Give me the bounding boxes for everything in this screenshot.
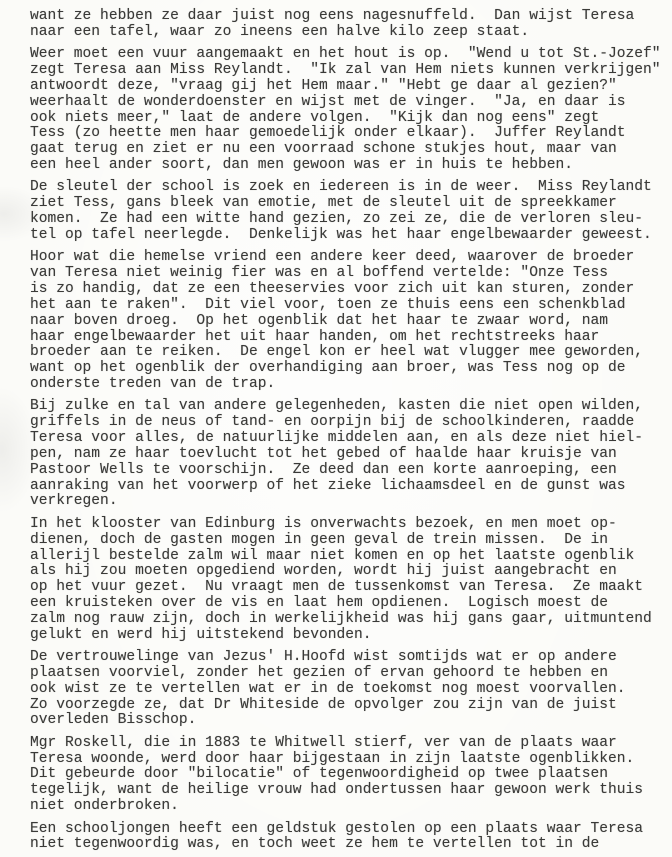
text-line: want op het ogenblik der overhandiging a… — [30, 361, 670, 377]
text-line: want ze hebben ze daar juist nog eens na… — [30, 9, 670, 25]
text-line: dienen, doch de gasten mogen in geen gev… — [30, 533, 670, 549]
text-line: ook wist ze te vertellen wat er in de to… — [30, 682, 670, 698]
text-line: naar boven droeg. Op het ogenblik dat he… — [30, 314, 670, 330]
text-line: Hoor wat die hemelse vriend een andere k… — [30, 250, 670, 266]
text-line: allerijl bestelde zalm wil maar niet kom… — [30, 549, 670, 565]
text-line: Teresa voor alles, de natuurlijke middel… — [30, 431, 670, 447]
text-line: gaat terug en ziet er nu een voorraad sc… — [30, 142, 670, 158]
text-line: komen. Ze had een witte hand gezien, zo … — [30, 212, 670, 228]
text-line: antwoordt deze, "vraag gij het Hem maar.… — [30, 79, 670, 95]
text-line: een kruisteken over de vis en laat hem o… — [30, 596, 670, 612]
text-line: op het vuur gezet. Nu vraagt men de tuss… — [30, 580, 670, 596]
paragraph: Weer moet een vuur aangemaakt en het hou… — [30, 47, 670, 174]
paragraph: Hoor wat die hemelse vriend een andere k… — [30, 250, 670, 393]
paragraph: De sleutel der school is zoek en iederee… — [30, 180, 670, 243]
paragraph: Een schooljongen heeft een geldstuk gest… — [30, 822, 670, 854]
text-line: verkregen. — [30, 494, 670, 510]
text-line: ziet Tess, gans bleek van emotie, met de… — [30, 196, 670, 212]
text-line: niet onderbroken. — [30, 799, 670, 815]
text-line: In het klooster van Edinburg is onverwac… — [30, 517, 670, 533]
text-line: Dit gebeurde door "bilocatie" of tegenwo… — [30, 767, 670, 783]
text-line: is zo handig, dat ze een theeservies voo… — [30, 282, 670, 298]
text-line: als hij zou moeten opgediend worden, wor… — [30, 564, 670, 580]
paragraph: Mgr Roskell, die in 1883 te Whitwell sti… — [30, 736, 670, 815]
text-line: gelukt en werd hij uitstekend bevonden. — [30, 628, 670, 644]
text-line: tel op tafel neerlegde. Denkelijk was he… — [30, 228, 670, 244]
text-line: pen, nam ze haar toevlucht tot het gebed… — [30, 447, 670, 463]
text-line: zegt Teresa aan Miss Reylandt. "Ik zal v… — [30, 63, 670, 79]
text-line: overleden Bisschop. — [30, 713, 670, 729]
text-line: broeder aan te reiken. De engel kon er h… — [30, 345, 670, 361]
text-line: tegelijk, want de heilige vrouw had onde… — [30, 783, 670, 799]
text-line: Pastoor Wells te voorschijn. Ze deed dan… — [30, 463, 670, 479]
text-line: het aan te raken". Dit viel voor, toen z… — [30, 298, 670, 314]
text-line: naar een tafel, waar zo ineens een halve… — [30, 25, 670, 41]
paragraph: want ze hebben ze daar juist nog eens na… — [30, 9, 670, 41]
text-line: een heel ander soort, dan men gewoon was… — [30, 158, 670, 174]
text-line: zalm nog rauw zijn, doch in werkelijkhei… — [30, 612, 670, 628]
text-line: Weer moet een vuur aangemaakt en het hou… — [30, 47, 670, 63]
paragraph: Bij zulke en tal van andere gelegenheden… — [30, 399, 670, 510]
text-line: aanraking van het voorwerp of het zieke … — [30, 479, 670, 495]
text-line: van Teresa niet weinig fier was en al bo… — [30, 266, 670, 282]
text-line: De vertrouwelinge van Jezus' H.Hoofd wis… — [30, 650, 670, 666]
text-line: weerhaalt de wonderdoenster en wijst met… — [30, 95, 670, 111]
text-line: Tess (zo heette men haar gemoedelijk ond… — [30, 126, 670, 142]
text-line: griffels in de neus of tand- en oorpijn … — [30, 415, 670, 431]
text-line: niet tegenwoordig was, en toch weet ze h… — [30, 837, 670, 853]
text-line: plaatsen voorviel, zonder het gezien of … — [30, 666, 670, 682]
document-body: want ze hebben ze daar juist nog eens na… — [30, 9, 670, 853]
text-line: haar engelbewaarder het uit haar handen,… — [30, 330, 670, 346]
text-line: Mgr Roskell, die in 1883 te Whitwell sti… — [30, 736, 670, 752]
document-page: want ze hebben ze daar juist nog eens na… — [0, 0, 672, 857]
text-line: De sleutel der school is zoek en iederee… — [30, 180, 670, 196]
paragraph: In het klooster van Edinburg is onverwac… — [30, 517, 670, 644]
text-line: Bij zulke en tal van andere gelegenheden… — [30, 399, 670, 415]
text-line: onderste treden van de trap. — [30, 377, 670, 393]
text-line: Een schooljongen heeft een geldstuk gest… — [30, 822, 670, 838]
paragraph: De vertrouwelinge van Jezus' H.Hoofd wis… — [30, 650, 670, 729]
